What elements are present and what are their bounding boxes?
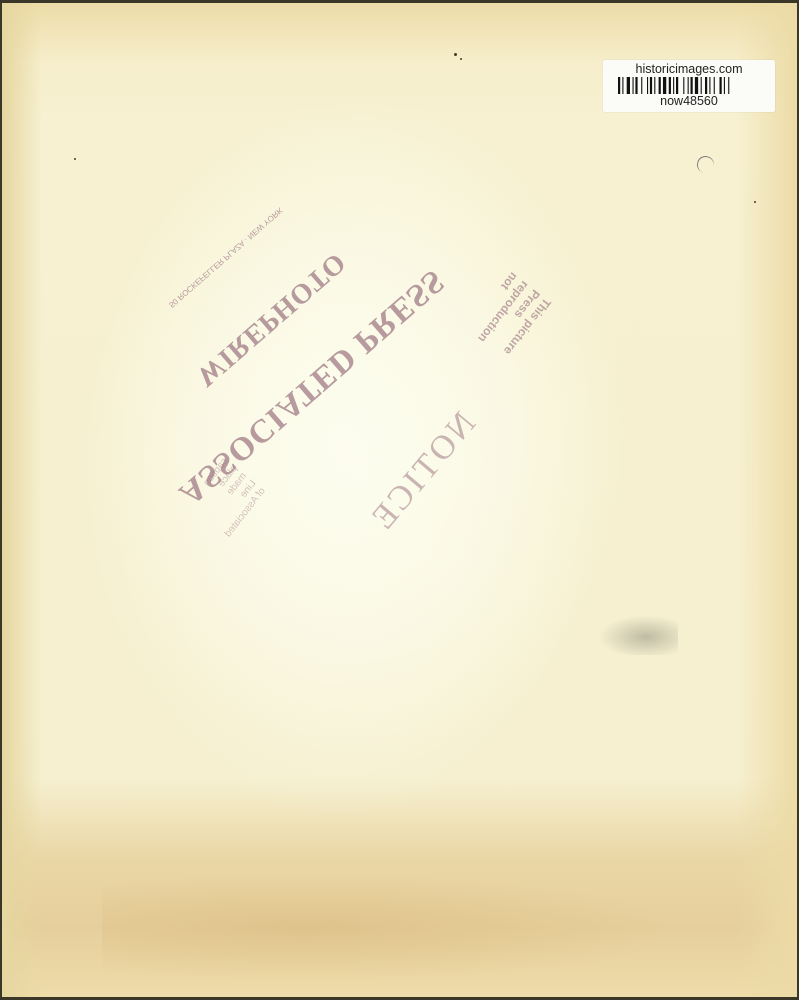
barcode-icon — [618, 77, 760, 94]
faded-paper-patch — [82, 113, 602, 813]
aged-edge-left — [2, 3, 42, 997]
aged-edge-right — [737, 3, 797, 997]
barcode-label: historicimages.com now48560 — [603, 60, 775, 112]
hair-mark — [696, 155, 716, 175]
speck — [460, 58, 462, 60]
speck — [454, 53, 457, 56]
photo-back-sheet: 50 ROCKEFELLER PLAZA · NEW YORK WIREPHOT… — [2, 3, 797, 997]
age-stain — [102, 873, 682, 983]
smudge-mark — [598, 615, 678, 655]
label-code: now48560 — [603, 94, 775, 108]
label-site: historicimages.com — [603, 62, 775, 76]
speck — [74, 158, 76, 160]
speck — [754, 201, 756, 203]
